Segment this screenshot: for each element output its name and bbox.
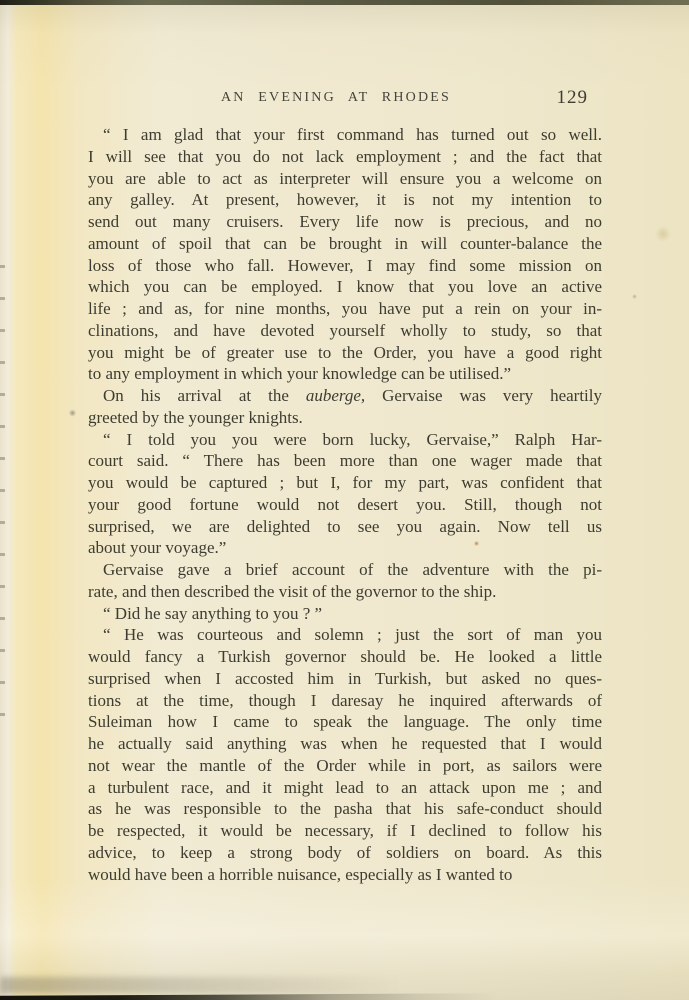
foxing-spot: [632, 294, 637, 299]
text-line: I will see that you do not lack employme…: [88, 146, 602, 168]
text-line: any galley. At present, however, it is n…: [88, 189, 602, 211]
page-top-edge: [0, 0, 689, 5]
page-number: 129: [557, 87, 589, 109]
text-line: to any employment in which your knowledg…: [88, 363, 602, 385]
text-line: your good fortune would not desert you. …: [88, 494, 602, 516]
text-line: “ I am glad that your first command has …: [88, 124, 602, 146]
text-line: tions at the time, though I daresay he i…: [88, 690, 602, 712]
text-segment: On his arrival at the: [103, 386, 306, 405]
foxing-spot: [69, 409, 76, 417]
text-line: “ I told you you were born lucky, Gervai…: [88, 429, 602, 451]
text-line: you might be of greater use to the Order…: [88, 342, 602, 364]
text-line: loss of those who fall. However, I may f…: [88, 255, 602, 277]
text-line: be respected, it would be necessary, if …: [88, 820, 602, 842]
text-line: which you can be employed. I know that y…: [88, 276, 602, 298]
text-line: surprised, we are delighted to see you a…: [88, 516, 602, 538]
text-line: as he was responsible to the pasha that …: [88, 798, 602, 820]
text-line: On his arrival at the auberge, Gervaise …: [88, 385, 602, 407]
text-line: clinations, and have devoted yourself wh…: [88, 320, 602, 342]
text-line: rate, and then described the visit of th…: [88, 581, 602, 603]
page-bottom-shadow: [0, 977, 689, 993]
text-line: life ; and as, for nine months, you have…: [88, 298, 602, 320]
foxing-spot: [655, 226, 671, 242]
text-segment: Gervaise was very heartily: [365, 386, 602, 405]
spine-showthrough-marks: [0, 258, 5, 733]
text-line: advice, to keep a strong body of soldier…: [88, 842, 602, 864]
text-line: not wear the mantle of the Order while i…: [88, 755, 602, 777]
text-line: surprised when I accosted him in Turkish…: [88, 668, 602, 690]
text-line: “ He was courteous and solemn ; just the…: [88, 624, 602, 646]
text-line: a turbulent race, and it might lead to a…: [88, 777, 602, 799]
text-line: send out many cruisers. Every life now i…: [88, 211, 602, 233]
text-line: would have been a horrible nuisance, esp…: [88, 864, 602, 886]
text-line: Suleiman how I came to speak the languag…: [88, 711, 602, 733]
text-line: he actually said anything was when he re…: [88, 733, 602, 755]
page-bottom-edge: [0, 992, 689, 1000]
text-line: greeted by the younger knights.: [88, 407, 602, 429]
running-header-title: AN EVENING AT RHODES: [88, 90, 602, 106]
text-line: amount of spoil that can be brought in w…: [88, 233, 602, 255]
text-line: would fancy a Turkish governor should be…: [88, 646, 602, 668]
text-line: Gervaise gave a brief account of the adv…: [88, 559, 602, 581]
text-line: you are able to act as interpreter will …: [88, 168, 602, 190]
page-text: “ I am glad that your first command has …: [88, 124, 602, 885]
text-line: about your voyage.”: [88, 537, 602, 559]
italic-word: auberge,: [306, 386, 365, 405]
text-line: “ Did he say anything to you ? ”: [88, 603, 602, 625]
running-header: AN EVENING AT RHODES 129: [88, 90, 602, 112]
text-line: court said. “ There has been more than o…: [88, 450, 602, 472]
book-page-scan: AN EVENING AT RHODES 129 “ I am glad tha…: [0, 0, 689, 1000]
text-line: you would be captured ; but I, for my pa…: [88, 472, 602, 494]
